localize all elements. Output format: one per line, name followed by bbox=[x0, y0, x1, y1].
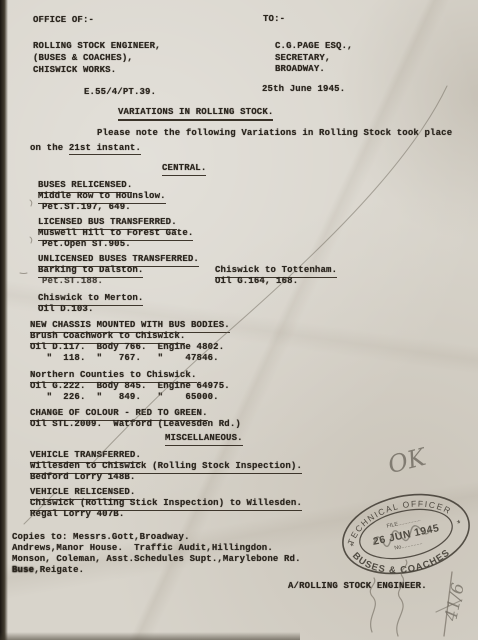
scrawl-stroke bbox=[436, 600, 462, 612]
scan-edge-shadow bbox=[0, 0, 8, 640]
pencil-tick bbox=[30, 200, 32, 206]
signature-scrawl bbox=[397, 560, 407, 636]
pencil-marks bbox=[0, 0, 478, 640]
pencil-slash bbox=[24, 494, 54, 524]
pencil-tick bbox=[30, 237, 32, 243]
diagonal-pencil-line bbox=[88, 86, 447, 468]
pencil-tick bbox=[20, 273, 27, 274]
scan-edge-shadow-bottom bbox=[0, 632, 300, 640]
signature-scrawl bbox=[370, 578, 375, 632]
scrawl-stroke bbox=[444, 572, 452, 636]
scanned-letter-page: OFFICE OF:- ROLLING STOCK ENGINEER, (BUS… bbox=[0, 0, 478, 640]
